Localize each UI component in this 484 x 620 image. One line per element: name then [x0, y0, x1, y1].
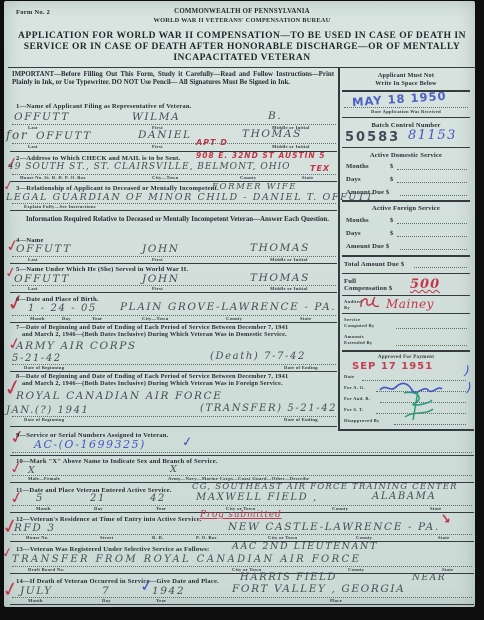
domestic-end-date-value: (Death) 7-7-42: [210, 352, 306, 362]
veteran-last-name-value: OFFUTT: [16, 244, 72, 255]
state-red-note: TEX: [310, 165, 330, 173]
audited-initials-scribble: [358, 294, 382, 311]
disapproved-by-label: Disapproved By: [344, 419, 380, 424]
amounts-extended-label: Amounts: [344, 335, 364, 340]
sublabel-county: County: [332, 507, 348, 512]
page-title-3: INCAPACITATED VETERAN: [0, 53, 484, 64]
sublabel-middle: Middle or Initial: [272, 145, 310, 150]
entered-state-value: ALABAMA: [372, 492, 436, 502]
office-box-header-2: Write In Space Below: [338, 81, 474, 88]
sublabel-month: Month: [30, 317, 45, 322]
batch-number-stamped: 50583: [345, 131, 400, 144]
sublabel-date-of-beginning: Date of Beginning: [24, 418, 64, 423]
amounts-extended-label-2: Extended By: [344, 341, 372, 346]
page-title: APPLICATION FOR WORLD WAR II COMPENSATIO…: [0, 31, 484, 42]
death-place-near-value: NEAR: [412, 574, 446, 583]
field-13-label: 13—Veteran Was Registered Under Selectiv…: [16, 546, 209, 553]
entered-year-value: 42: [150, 494, 166, 504]
veteran-middle-value: THOMAS: [250, 243, 310, 254]
for-aud-signature-scribble: [396, 388, 440, 424]
sublabel-month: Month: [28, 599, 43, 604]
sublabel-state: State: [442, 568, 453, 573]
sublabel-draft-board: Draft Board No.: [28, 568, 65, 573]
sublabel-county: County: [348, 568, 364, 573]
address-red-note: 908 E. 32ND ST AUSTIN 5: [196, 152, 326, 160]
selective-service-value: TRANSFER FROM ROYAL CANADIAN AIR FORCE: [12, 555, 361, 565]
dollar-sign: $: [390, 217, 394, 224]
sublabel-day: Day: [102, 599, 111, 604]
death-place-value: HARRIS FIELD: [240, 573, 337, 583]
field-1-label: 1—Name of Applicant Filing as Representa…: [16, 103, 192, 110]
audited-label-2: By: [344, 306, 350, 311]
entered-day-value: 21: [90, 494, 106, 504]
sublabel-year: Year: [156, 507, 166, 512]
death-day-value: 7: [102, 586, 110, 597]
date-received-label: Date Application Was Received: [338, 110, 474, 115]
sublabel-branch-list: Army—Navy—Marine Corps—Coast Guard—Other…: [168, 477, 309, 482]
sublabel-day: Day: [94, 507, 103, 512]
sublabel-last: Last: [28, 258, 38, 263]
page-title-2: SERVICE OR IN CASE OF DEATH AFTER HONORA…: [0, 42, 484, 53]
sublabel-month: Month: [36, 507, 51, 512]
blue-check-icon: ✓: [181, 435, 194, 449]
for-aud-label: For Aud. B.: [344, 397, 370, 402]
served-last-name-value: OFFUTT: [14, 274, 70, 285]
sublabel-year: Year: [92, 317, 102, 322]
sublabel-state: State: [438, 536, 449, 541]
sublabel-last: Last: [28, 287, 38, 292]
total-amount-due-label: Total Amount Due $: [344, 261, 404, 268]
service-computed-label-2: Computed By: [344, 324, 374, 329]
sublabel-house-no: House No.: [26, 536, 49, 541]
sublabel-county: County: [356, 536, 372, 541]
foreign-months-label: Months: [346, 217, 369, 224]
sublabel-date-of-beginning: Date of Beginning: [24, 366, 64, 371]
residence-rfd-value: RFD 3: [14, 523, 56, 534]
domestic-months-label: Months: [346, 163, 369, 170]
commonwealth-title: COMMONWEALTH OF PENNSYLVANIA: [0, 8, 484, 16]
sublabel-last: Last: [28, 145, 38, 150]
residence-city-value: NEW CASTLE-LAWRENCE - PA.: [228, 522, 440, 533]
relationship-value-2: LEGAL GUARDIAN OF MINOR CHILD - DANIEL T…: [6, 193, 374, 203]
sublabel-po-box: P. O. Box: [196, 536, 217, 541]
prog-submitted-red-note: Prog submitted: [200, 511, 282, 520]
domestic-branch-value: ARMY AIR CORPS: [16, 341, 137, 352]
sublabel-first: First: [152, 258, 163, 263]
sublabel-middle: Middle or Initial: [270, 258, 308, 263]
date-label: Date: [344, 375, 354, 380]
death-city-value: FORT VALLEY , GEORGIA: [232, 584, 405, 595]
sublabel-house: House No. St. R. D. P. O. Box: [20, 176, 86, 181]
served-first-name-value: JOHN: [142, 274, 180, 285]
sublabel-year: Year: [156, 599, 166, 604]
sublabel-street: Street: [100, 536, 113, 541]
blue-check-icon: ✓: [139, 577, 155, 595]
approved-for-payment-label: Approved For Payment: [338, 355, 474, 360]
field-7-label-2: and March 2, 1946—(Both Dates Inclusive)…: [22, 332, 287, 339]
entered-month-value: 5: [36, 494, 44, 504]
for-ag-label: For A. G.: [344, 386, 365, 391]
sublabel-middle: Middle or Initial: [270, 287, 308, 292]
sublabel-first: First: [152, 287, 163, 292]
sublabel-first: First: [152, 145, 163, 150]
foreign-end-date-value: (TRANSFER) 5-21-42: [200, 404, 337, 414]
for-st-label: For S. T.: [344, 408, 364, 413]
sublabel-county: County: [240, 176, 256, 181]
sublabel-day: Day: [62, 317, 71, 322]
for-prefix-value: for: [6, 129, 28, 141]
veteran-first-name-value: JOHN: [142, 244, 180, 255]
branch-x-mark: X: [170, 465, 178, 475]
batch-number-written: 81153: [408, 129, 457, 142]
relationship-value: FORMER WIFE: [212, 183, 297, 192]
dollar-sign: $: [390, 163, 394, 170]
full-compensation-value: 500: [410, 278, 440, 291]
bureau-title: WORLD WAR II VETERANS' COMPENSATION BURE…: [0, 17, 484, 24]
death-month-value: JULY: [20, 586, 53, 597]
domestic-service-header: Active Domestic Service: [338, 152, 474, 159]
selective-service-rank-value: AAC 2ND LIEUTENANT: [232, 542, 378, 552]
sublabel-state: State: [430, 507, 441, 512]
applicant-first-name-value: WILMA: [132, 112, 180, 123]
applicant-last-name-value: OFFUTT: [14, 112, 70, 123]
foreign-amount-due-label: Amount Due $: [346, 243, 389, 250]
important-instructions: IMPORTANT—Before Filling Out This Form, …: [12, 71, 334, 87]
entered-city-value: MAXWELL FIELD ,: [196, 493, 318, 503]
sublabel-city-town: City—Town: [152, 176, 179, 181]
service-computed-label: Service: [344, 318, 360, 323]
served-middle-value: THOMAS: [250, 273, 310, 284]
sublabel-state: State: [300, 317, 311, 322]
sublabel-rd: R. D.: [152, 536, 164, 541]
death-year-value: 1942: [152, 586, 185, 597]
sublabel-male-female: Male—Female: [28, 477, 60, 482]
sublabel-date-of-ending: Date of Ending: [284, 366, 318, 371]
sublabel-county: County: [226, 317, 242, 322]
birth-place-value: PLAIN GROVE-LAWRENCE - PA.: [120, 302, 336, 313]
foreign-service-header: Active Foreign Service: [338, 205, 474, 212]
audited-signature: Mainey: [386, 298, 434, 310]
sublabel-city-or-town: City or Town: [268, 536, 297, 541]
field-8-label-2: and March 2, 1946—(Both Dates Inclusive)…: [22, 381, 283, 388]
foreign-branch-value: ROYAL CANADIAN AIR FORCE: [16, 391, 222, 402]
applicant-middle-value: B.: [268, 111, 282, 122]
sublabel-explain: Explain Fully—See Instructions: [24, 205, 96, 210]
address-value: 49 SOUTH ST., ST. CLAIRSVILLE, BELMONT, …: [8, 163, 291, 172]
domestic-begin-date-value: 5-21-42: [12, 354, 62, 364]
info-note: Information Required Relative to Decease…: [26, 216, 334, 224]
scanned-form: Form No. 2 COMMONWEALTH OF PENNSYLVANIA …: [0, 0, 484, 620]
veteran-rep-last-value: OFFUTT: [36, 131, 92, 142]
birth-date-value: 1 - 24 - 05: [28, 304, 97, 314]
dollar-sign: $: [390, 230, 394, 237]
red-arrow-icon: ↘: [439, 511, 452, 527]
sublabel-date-of-ending: Date of Ending: [284, 418, 318, 423]
domestic-days-label: Days: [346, 176, 361, 183]
foreign-days-label: Days: [346, 230, 361, 237]
dollar-sign: $: [390, 176, 394, 183]
sublabel-state: State: [302, 176, 313, 181]
sublabel-place: Place: [330, 599, 342, 604]
office-box-header: Applicant Must Not: [338, 73, 474, 80]
foreign-begin-date-value: JAN.(?) 1941: [6, 406, 90, 416]
full-compensation-label-2: Compensation $: [344, 285, 392, 292]
veteran-rep-middle-value: THOMAS: [242, 129, 302, 140]
sublabel-city-town: City—Town: [142, 317, 169, 322]
veteran-rep-first-value: DANIEL: [138, 130, 192, 141]
serial-number-value: AC-(O-1699325): [34, 439, 146, 450]
field-10-label: 10—Mark "X" Above Name to Indicate Sex a…: [16, 458, 218, 465]
approved-date-stamp: SEP 17 1951: [352, 362, 433, 372]
